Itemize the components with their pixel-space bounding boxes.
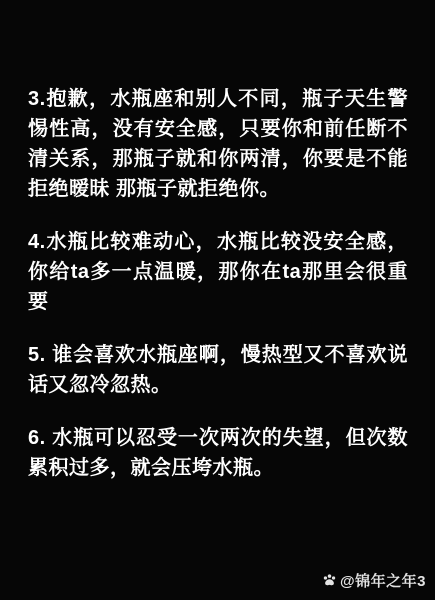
paragraph-item-3: 3.抱歉，水瓶座和别人不同，瓶子天生警惕性高，没有安全感，只要你和前任断不清关系… bbox=[28, 84, 408, 204]
paragraph-item-6: 6. 水瓶可以忍受一次两次的失望，但次数累积过多，就会压垮水瓶。 bbox=[28, 423, 408, 483]
image-canvas: 3.抱歉，水瓶座和别人不同，瓶子天生警惕性高，没有安全感，只要你和前任断不清关系… bbox=[0, 0, 435, 600]
text-block: 3.抱歉，水瓶座和别人不同，瓶子天生警惕性高，没有安全感，只要你和前任断不清关系… bbox=[0, 0, 435, 506]
paw-icon bbox=[322, 573, 337, 588]
watermark: @锦年之年3 bbox=[322, 570, 426, 591]
paragraph-item-5: 5. 谁会喜欢水瓶座啊，慢热型又不喜欢说话又忽冷忽热。 bbox=[28, 340, 408, 400]
paragraph-item-4: 4.水瓶比较难动心，水瓶比较没安全感，你给ta多一点温暖，那你在ta那里会很重要 bbox=[28, 227, 408, 317]
watermark-handle: @锦年之年3 bbox=[340, 570, 426, 591]
